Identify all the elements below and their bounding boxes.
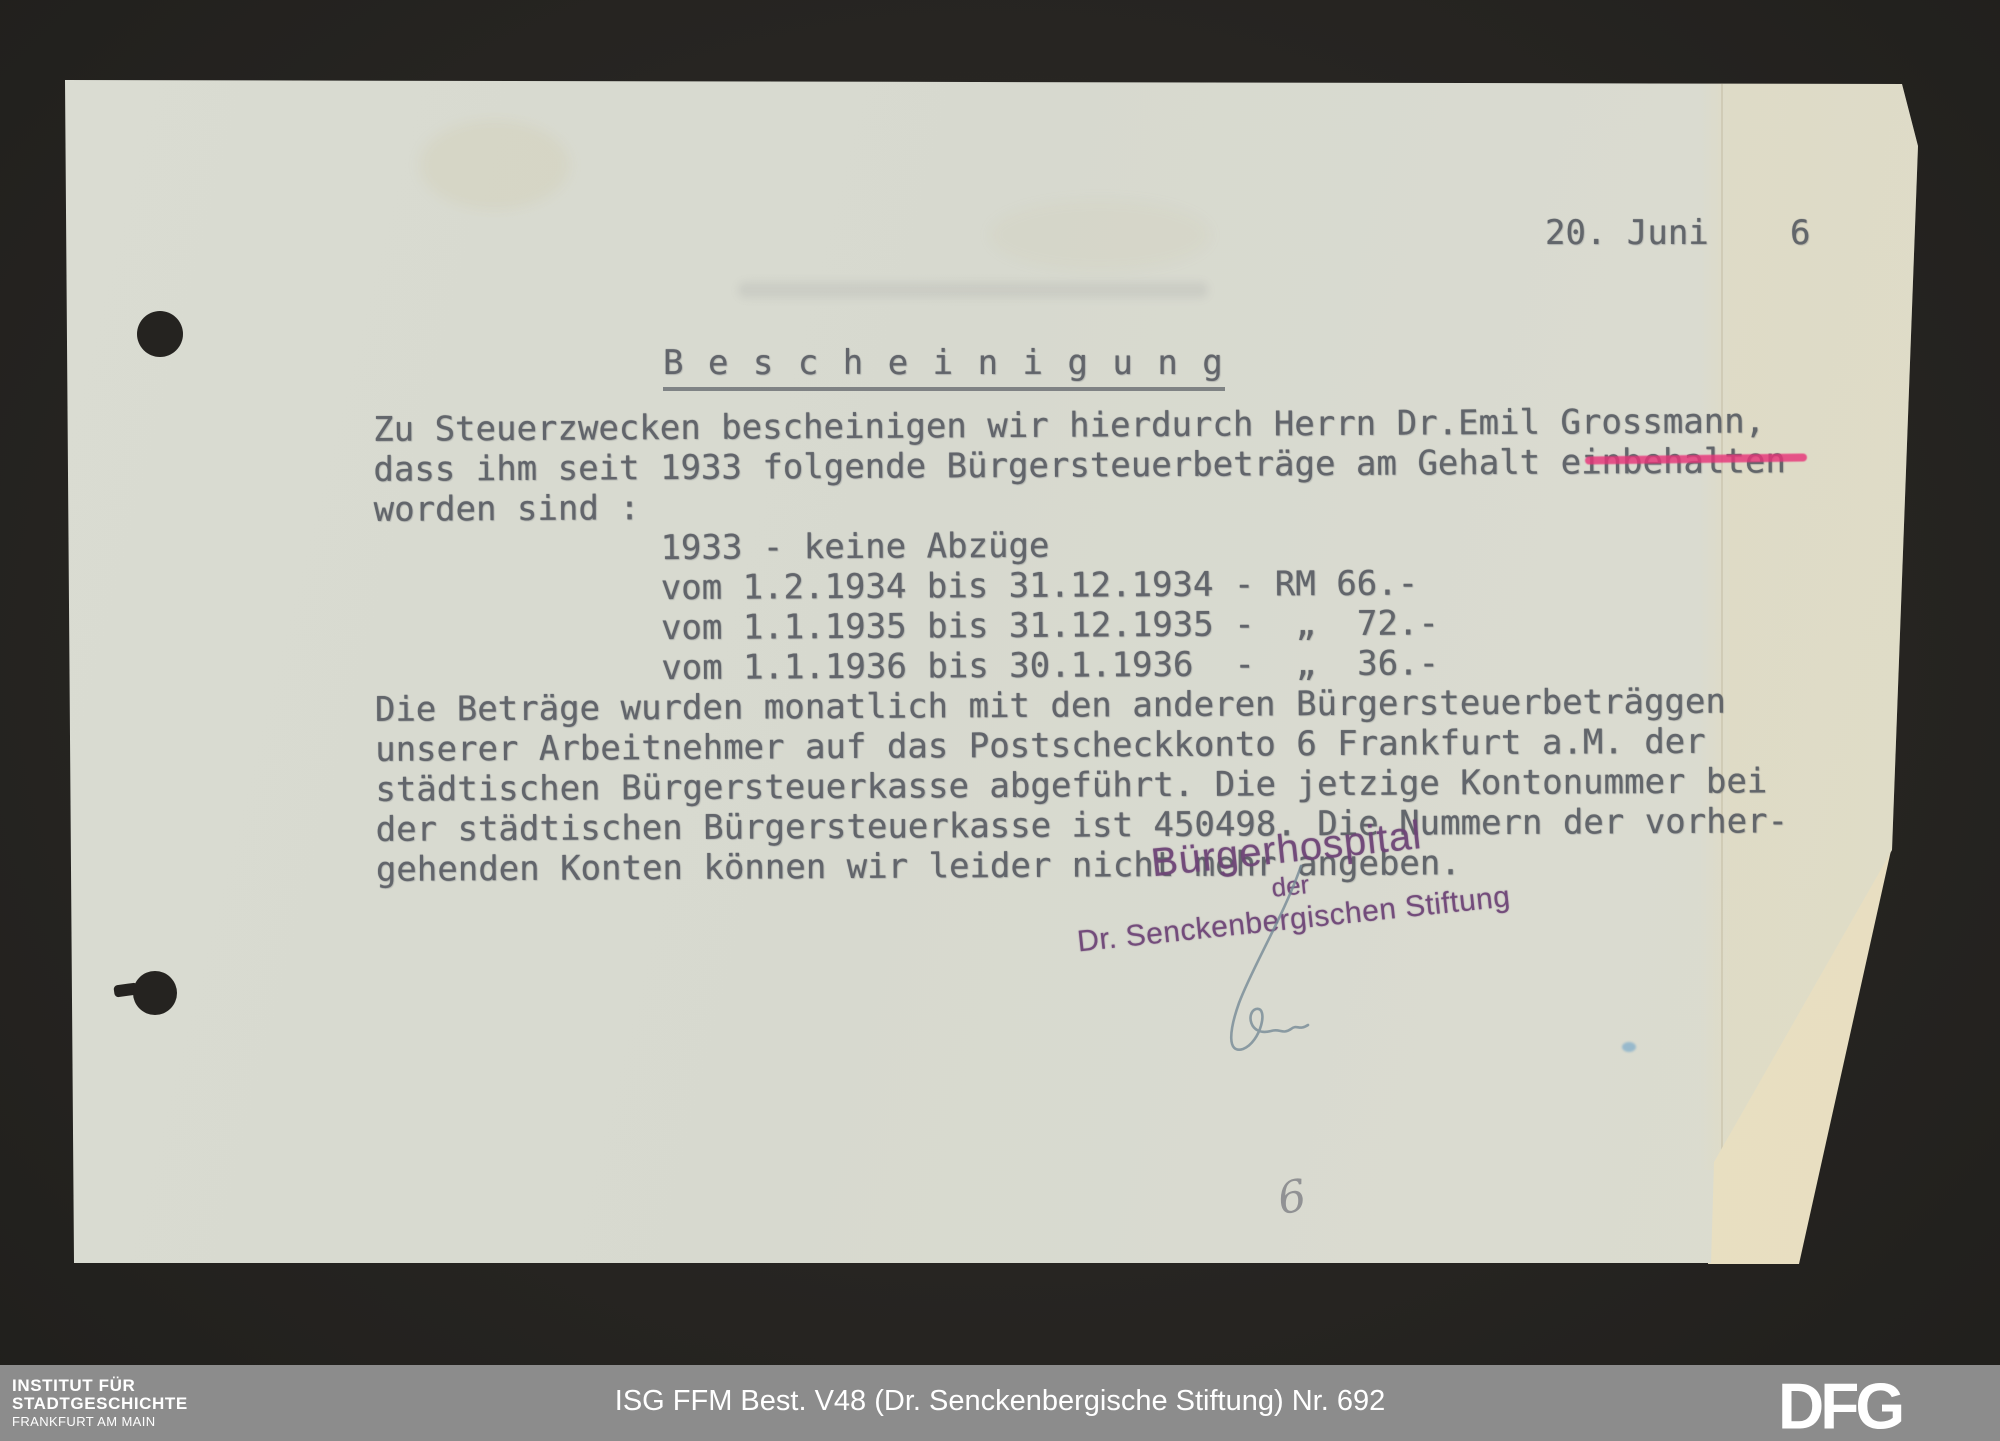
document-page: 20. Juni 6 B e s c h e i n i g u n g Zu … [0, 0, 2000, 1441]
archive-footer-band: INSTITUT FÜR STADTGESCHICHTE FRANKFURT A… [0, 1365, 2000, 1441]
signature [0, 0, 2000, 1441]
dfg-logo: DFG [1778, 1368, 1901, 1441]
archive-reference: ISG FFM Best. V48 (Dr. Senckenbergische … [0, 1385, 2000, 1418]
